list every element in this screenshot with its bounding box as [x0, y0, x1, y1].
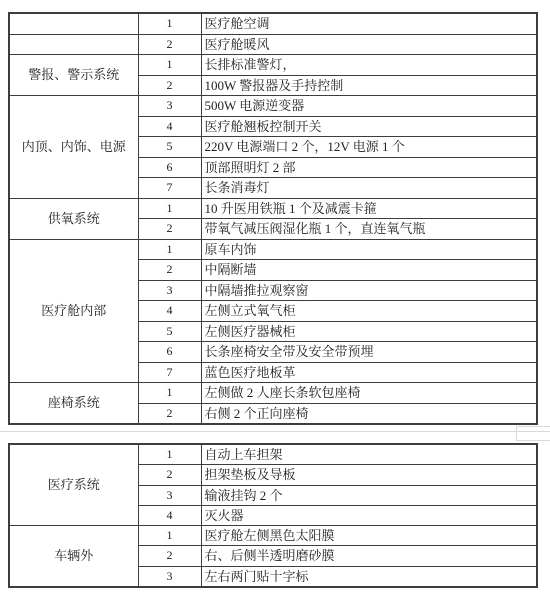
table-row: 供氧系统110 升医用铁瓶 1 个及减震卡箍 [9, 198, 537, 219]
item-number-cell: 6 [138, 157, 201, 178]
table-row: 座椅系统1左侧做 2 人座长条软包座椅 [9, 383, 537, 404]
item-description-cell: 左侧医疗器械柜 [201, 321, 537, 342]
category-cell: 座椅系统 [9, 383, 138, 425]
item-description-cell: 右、后侧半透明磨砂膜 [201, 546, 537, 566]
item-description-cell: 医疗舱左侧黑色太阳膜 [201, 526, 537, 546]
item-number-cell: 2 [138, 546, 201, 566]
item-description-cell: 长排标准警灯， [201, 55, 537, 76]
item-description-cell: 担架垫板及导板 [201, 465, 537, 485]
item-description-cell: 右侧 2 个正向座椅 [201, 403, 537, 424]
equipment-table-main-body: 1医疗舱空调2医疗舱暖风警报、警示系统1长排标准警灯，2100W 警报器及手持控… [9, 13, 537, 424]
item-number-cell: 2 [138, 75, 201, 96]
item-description-cell: 顶部照明灯 2 部 [201, 157, 537, 178]
table-row: 2医疗舱暖风 [9, 34, 537, 55]
item-description-cell: 输液挂钩 2 个 [201, 485, 537, 505]
equipment-table-secondary-body: 医疗系统1自动上车担架2担架垫板及导板3输液挂钩 2 个4灭火器车辆外1医疗舱左… [9, 444, 537, 587]
item-number-cell: 2 [138, 219, 201, 240]
item-number-cell: 4 [138, 301, 201, 322]
item-description-cell: 医疗舱空调 [201, 13, 537, 34]
category-cell [9, 34, 138, 55]
item-number-cell: 4 [138, 505, 201, 525]
category-cell: 车辆外 [9, 526, 138, 587]
item-description-cell: 220V 电源端口 2 个，12V 电源 1 个 [201, 137, 537, 158]
item-number-cell: 1 [138, 444, 201, 465]
item-description-cell: 左侧做 2 人座长条软包座椅 [201, 383, 537, 404]
item-description-cell: 自动上车担架 [201, 444, 537, 465]
table-row: 内顶、内饰、电源3500W 电源逆变器 [9, 96, 537, 117]
table-row: 医疗舱内部1原车内饰 [9, 239, 537, 260]
category-cell: 医疗舱内部 [9, 239, 138, 383]
item-number-cell: 1 [138, 13, 201, 34]
category-cell: 警报、警示系统 [9, 55, 138, 96]
item-number-cell: 1 [138, 239, 201, 260]
item-description-cell: 500W 电源逆变器 [201, 96, 537, 117]
item-number-cell: 6 [138, 342, 201, 363]
item-number-cell: 5 [138, 321, 201, 342]
item-number-cell: 7 [138, 178, 201, 199]
item-description-cell: 长条座椅安全带及安全带预埋 [201, 342, 537, 363]
table-row: 1医疗舱空调 [9, 13, 537, 34]
equipment-table-secondary: 医疗系统1自动上车担架2担架垫板及导板3输液挂钩 2 个4灭火器车辆外1医疗舱左… [8, 443, 538, 588]
item-number-cell: 1 [138, 55, 201, 76]
item-number-cell: 2 [138, 260, 201, 281]
item-number-cell: 2 [138, 465, 201, 485]
item-number-cell: 3 [138, 566, 201, 587]
item-number-cell: 1 [138, 383, 201, 404]
item-number-cell: 1 [138, 198, 201, 219]
item-description-cell: 带氧气减压阀湿化瓶 1 个，直连氧气瓶 [201, 219, 537, 240]
item-number-cell: 4 [138, 116, 201, 137]
category-cell: 供氧系统 [9, 198, 138, 239]
item-number-cell: 5 [138, 137, 201, 158]
category-cell: 内顶、内饰、电源 [9, 96, 138, 199]
item-number-cell: 1 [138, 526, 201, 546]
item-description-cell: 左右两门贴十字标 [201, 566, 537, 587]
item-description-cell: 原车内饰 [201, 239, 537, 260]
item-number-cell: 2 [138, 34, 201, 55]
equipment-table-main: 1医疗舱空调2医疗舱暖风警报、警示系统1长排标准警灯，2100W 警报器及手持控… [8, 12, 538, 425]
item-description-cell: 长条消毒灯 [201, 178, 537, 199]
item-description-cell: 医疗舱翘板控制开关 [201, 116, 537, 137]
item-number-cell: 3 [138, 485, 201, 505]
item-description-cell: 蓝色医疗地板革 [201, 362, 537, 383]
table-row: 车辆外1医疗舱左侧黑色太阳膜 [9, 526, 537, 546]
item-number-cell: 3 [138, 96, 201, 117]
table-resize-handle [516, 426, 550, 441]
document-page: 1医疗舱空调2医疗舱暖风警报、警示系统1长排标准警灯，2100W 警报器及手持控… [0, 0, 550, 602]
table-row: 警报、警示系统1长排标准警灯， [9, 55, 537, 76]
item-description-cell: 灭火器 [201, 505, 537, 525]
item-description-cell: 中隔断墙 [201, 260, 537, 281]
table-gap-gridline [0, 431, 550, 432]
item-description-cell: 中隔墙推拉观察窗 [201, 280, 537, 301]
item-description-cell: 100W 警报器及手持控制 [201, 75, 537, 96]
table-row: 医疗系统1自动上车担架 [9, 444, 537, 465]
item-description-cell: 医疗舱暖风 [201, 34, 537, 55]
category-cell [9, 13, 138, 34]
item-number-cell: 7 [138, 362, 201, 383]
category-cell: 医疗系统 [9, 444, 138, 526]
item-description-cell: 10 升医用铁瓶 1 个及减震卡箍 [201, 198, 537, 219]
item-number-cell: 3 [138, 280, 201, 301]
item-number-cell: 2 [138, 403, 201, 424]
item-description-cell: 左侧立式氧气柜 [201, 301, 537, 322]
